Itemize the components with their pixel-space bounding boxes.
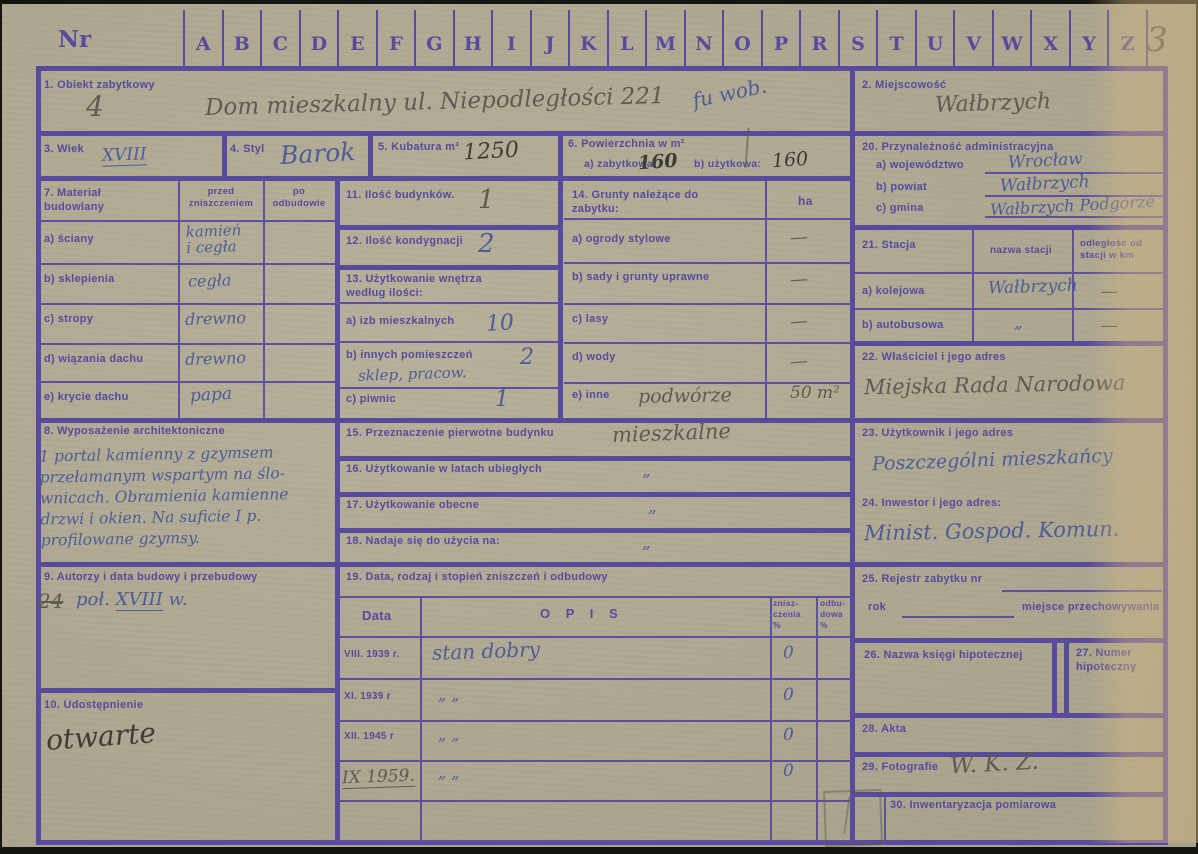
divider xyxy=(335,265,560,270)
field-7-row-c-value: drewno xyxy=(185,309,247,329)
field-13b-note: sklep, pracow. xyxy=(358,364,467,384)
divider xyxy=(564,262,852,264)
alphabet-letter-n: N xyxy=(684,10,723,67)
field-7-row-c-label: c) stropy xyxy=(44,312,93,326)
field-7-col1: przed zniszczeniem xyxy=(182,186,260,211)
divider xyxy=(335,387,560,389)
field-3-label: 3. Wiek xyxy=(44,142,84,156)
divider xyxy=(765,180,767,418)
divider xyxy=(36,562,1168,567)
alphabet-letter-f: F xyxy=(376,10,415,67)
field-7-row-a-value: kamień i cegła xyxy=(185,223,242,256)
field-21-row-b-name: „ xyxy=(1014,314,1023,333)
divider xyxy=(36,381,335,383)
field-5-value: 1250 xyxy=(462,139,519,166)
alphabet-letter-a: A xyxy=(183,10,222,67)
divider xyxy=(36,303,335,305)
field-28-label: 28. Akta xyxy=(862,722,906,736)
field-14-row-b-label: b) sady i grunty uprawne xyxy=(572,270,709,284)
field-6b-label: b) użytkowa: xyxy=(694,158,761,172)
divider xyxy=(340,800,851,802)
divider xyxy=(335,528,855,533)
field-13b-value: 2 xyxy=(520,346,534,370)
alphabet-letter-p: P xyxy=(761,10,800,67)
divider xyxy=(1052,638,1057,713)
field-9-crossed: 24 xyxy=(38,590,63,612)
divider xyxy=(263,180,265,418)
divider xyxy=(855,225,1168,230)
divider xyxy=(178,180,180,418)
field-6-label: 6. Powierzchnia w m² xyxy=(568,137,685,151)
field-16-label: 16. Użytkowanie w latach ubiegłych xyxy=(346,462,542,476)
pencil-box-mark xyxy=(823,789,883,847)
field-22-value: Miejska Rada Narodowa xyxy=(864,372,1126,400)
field-22-label: 22. Właściciel i jego adres xyxy=(862,350,1006,364)
divider xyxy=(855,272,1168,274)
alphabet-letter-s: S xyxy=(838,10,877,67)
divider xyxy=(850,66,855,845)
divider xyxy=(855,713,1168,718)
alphabet-letter-e: E xyxy=(337,10,376,67)
divider xyxy=(855,341,1168,346)
field-24-value: Minist. Gospod. Komun. xyxy=(864,518,1120,546)
field-20-row-b-label: b) powiat xyxy=(876,180,927,194)
field-9-part2: XVIII xyxy=(116,589,163,611)
field-7-label: 7. Materiał budowlany xyxy=(44,186,104,215)
field-7-row-d-label: d) wiązania dachu xyxy=(44,352,143,366)
alphabet-letter-j: J xyxy=(530,10,569,67)
divider xyxy=(770,596,772,840)
divider xyxy=(340,678,851,680)
field-19-row-2-opis: „ „ xyxy=(438,686,460,704)
field-19-row-2-zn: 0 xyxy=(783,686,794,705)
field-19-row-2-date: XI. 1939 r xyxy=(344,690,391,703)
field-7-row-e-value: papa xyxy=(190,385,233,406)
field-19-row-3-date: XII. 1945 r xyxy=(344,730,394,743)
field-15-label: 15. Przeznaczenie pierwotne budynku xyxy=(346,426,554,440)
field-7-row-e-label: e) krycie dachu xyxy=(44,390,129,404)
field-13c-value: 1 xyxy=(495,388,509,412)
field-8-label: 8. Wyposażenie architektoniczne xyxy=(44,424,225,438)
field-14-unit: ha xyxy=(798,194,813,210)
field-21-row-a-name: Wałbrzych xyxy=(988,276,1078,298)
divider xyxy=(36,220,335,222)
alphabet-annotation: 3 xyxy=(1146,22,1168,59)
field-4-value: Barok xyxy=(279,138,356,169)
divider xyxy=(855,638,1168,643)
divider xyxy=(340,636,851,638)
field-16-value: „ xyxy=(642,462,651,481)
field-9-label: 9. Autorzy i data budowy i przebudowy xyxy=(44,570,258,584)
alphabet-letter-g: G xyxy=(414,10,453,67)
field-12-label: 12. Ilość kondygnacji xyxy=(346,234,463,248)
field-19-col-zn: znisz- czenia % xyxy=(773,598,801,631)
field-7-col2: po odbudowie xyxy=(266,186,332,211)
field-14-row-e-label: e) inne xyxy=(572,388,610,402)
field-19-row-1-zn: 0 xyxy=(783,644,794,663)
divider xyxy=(36,343,335,345)
divider xyxy=(36,418,1168,423)
alphabet-letter-u: U xyxy=(915,10,954,67)
field-19-label: 19. Data, rodzaj i stopień zniszczeń i o… xyxy=(346,570,608,584)
field-14-row-d-label: d) wody xyxy=(572,350,616,364)
field-21-row-b-dist: — xyxy=(1100,316,1118,336)
field-21-row-a-label: a) kolejowa xyxy=(862,284,925,298)
nr-label: Nr xyxy=(58,26,91,53)
field-24-label: 24. Inwestor i jego adres: xyxy=(862,496,1001,510)
field-8-text: 1 portal kamienny z gzymsem przełamanym … xyxy=(39,441,333,551)
field-29-value: W. K. Z. xyxy=(949,750,1039,780)
alphabet-letter-t: T xyxy=(876,10,915,67)
field-20-row-c-label: c) gmina xyxy=(876,201,924,215)
field-14-row-e-note: podwórze xyxy=(638,385,732,408)
field-19-row-3-zn: 0 xyxy=(783,726,794,745)
divider xyxy=(335,456,855,461)
field-19-col-opis: O P I S xyxy=(540,606,624,623)
alphabet-letter-v: V xyxy=(953,10,992,67)
field-26-label: 26. Nazwa księgi hipotecznej xyxy=(864,648,1023,662)
field-14-row-b-value: — xyxy=(789,269,808,290)
alphabet-letter-m: M xyxy=(645,10,684,67)
divider xyxy=(902,616,1014,618)
field-10-label: 10. Udostępnienie xyxy=(44,698,143,712)
field-9-part1: poł. xyxy=(76,589,110,610)
alphabet-letter-d: D xyxy=(299,10,338,67)
field-17-label: 17. Użytkowanie obecne xyxy=(346,498,479,512)
divider xyxy=(335,302,560,304)
field-21-col2: odległość od stacji w km xyxy=(1080,238,1142,263)
field-18-label: 18. Nadaje się do użycia na: xyxy=(346,534,500,548)
field-12-value: 2 xyxy=(478,230,495,259)
field-23-label: 23. Użytkownik i jego adres xyxy=(862,426,1013,440)
divider xyxy=(564,303,852,305)
divider xyxy=(368,131,373,176)
alphabet-letter-b: B xyxy=(222,10,261,67)
alphabet-letter-i: I xyxy=(491,10,530,67)
divider xyxy=(36,131,1168,136)
field-14-label: 14. Grunty należące do zabytku: xyxy=(572,188,698,217)
field-14-row-a-label: a) ogrody stylowe xyxy=(572,232,671,246)
divider xyxy=(335,341,560,343)
field-19-row-1-date: VIII. 1939 r. xyxy=(344,648,400,661)
field-2-label: 2. Miejscowość xyxy=(862,78,946,92)
alphabet-letter-z: Z xyxy=(1107,10,1146,67)
field-25-miejsce-label: miejsce przechowywania xyxy=(1022,600,1159,614)
field-4-label: 4. Styl xyxy=(230,142,265,156)
alphabet-letter-l: L xyxy=(607,10,646,67)
divider xyxy=(335,492,855,497)
divider xyxy=(816,596,818,840)
divider xyxy=(340,840,851,842)
field-11-label: 11. Ilość budynków. xyxy=(346,188,455,202)
field-15-value: mieszkalne xyxy=(612,420,732,447)
divider xyxy=(558,131,563,418)
divider xyxy=(855,308,1168,310)
alphabet-letter-x: X xyxy=(1030,10,1069,67)
divider xyxy=(855,792,1168,797)
field-14-row-d-value: — xyxy=(789,351,808,372)
field-7-row-d-value: drewno xyxy=(185,349,247,369)
field-13a-value: 10 xyxy=(485,311,514,337)
field-21-row-a-dist: — xyxy=(1100,282,1118,302)
field-20-row-a-value: Wrocław xyxy=(1008,150,1084,173)
divider xyxy=(36,688,335,693)
field-19-row-4-opis: „ „ xyxy=(438,764,460,782)
alphabet-row: ABCDEFGHIJKLMNOPRSTUVWXYZ xyxy=(183,10,1148,67)
field-14-row-c-label: c) lasy xyxy=(572,312,608,326)
divider xyxy=(420,596,422,840)
divider xyxy=(335,225,560,230)
divider xyxy=(1002,590,1162,592)
divider xyxy=(36,176,855,181)
alphabet-letter-c: C xyxy=(260,10,299,67)
field-19-col-od: odbu- dowa % xyxy=(820,598,845,631)
alphabet-letter-k: K xyxy=(568,10,607,67)
field-21-col1: nazwa stacji xyxy=(990,244,1052,257)
field-11-value: 1 xyxy=(478,186,495,215)
field-30-label: 30. Inwentaryzacja pomiarowa xyxy=(890,798,1056,812)
field-19-row-1-opis: stan dobry xyxy=(432,638,541,664)
field-6a-value: 160 xyxy=(637,151,678,175)
divider xyxy=(340,760,851,762)
field-3-value: XVIII xyxy=(102,145,147,166)
field-7-row-a-label: a) ściany xyxy=(44,232,94,246)
field-29-label: 29. Fotografie xyxy=(862,760,938,774)
divider xyxy=(1064,638,1069,713)
divider xyxy=(36,263,335,265)
field-7-row-b-label: b) sklepienia xyxy=(44,272,115,286)
alphabet-letter-y: Y xyxy=(1069,10,1108,67)
field-19-row-4-date: IX 1959. xyxy=(342,767,416,789)
alphabet-letter-o: O xyxy=(722,10,761,67)
field-6b-value: 160 xyxy=(771,149,809,172)
field-21-label: 21. Stacja xyxy=(862,238,916,252)
divider xyxy=(335,176,340,845)
field-5-label: 5. Kubatura m³ xyxy=(378,140,459,154)
field-1-nr-value: 4 xyxy=(86,92,104,123)
field-9-value: poł. XVIII w. xyxy=(76,590,188,610)
field-20-row-a-label: a) województwo xyxy=(876,158,964,172)
field-14-row-a-value: — xyxy=(789,227,808,248)
field-14-row-c-value: — xyxy=(789,311,808,332)
divider xyxy=(222,131,227,176)
field-19-col-date: Data xyxy=(362,608,391,625)
field-7-row-b-value: cegła xyxy=(188,271,232,290)
field-27-label: 27. Numer hipoteczny xyxy=(1076,646,1136,675)
divider xyxy=(972,228,974,341)
divider xyxy=(884,796,886,845)
field-19-row-3-opis: „ „ xyxy=(438,726,460,744)
field-25-label: 25. Rejestr zabytku nr xyxy=(862,572,982,586)
divider xyxy=(564,218,852,220)
alphabet-letter-r: R xyxy=(799,10,838,67)
divider xyxy=(340,720,851,722)
field-13b-label: b) innych pomieszczeń xyxy=(346,348,473,362)
field-13c-label: c) piwnic xyxy=(346,392,396,406)
field-21-row-b-label: b) autobusowa xyxy=(862,318,944,332)
field-18-value: „ xyxy=(642,534,651,553)
field-14-row-e-value: 50 m² xyxy=(790,384,840,403)
field-19-row-4-zn: 0 xyxy=(783,762,794,781)
field-13-label: 13. Użytkowanie wnętrza według ilości: xyxy=(346,272,482,301)
field-13a-label: a) izb mieszkalnych xyxy=(346,314,454,328)
alphabet-letter-w: W xyxy=(992,10,1031,67)
field-25-rok-label: rok xyxy=(868,600,886,614)
divider xyxy=(564,342,852,344)
field-2-value: Wałbrzych xyxy=(935,90,1052,118)
field-9-part3: w. xyxy=(169,589,188,610)
alphabet-letter-h: H xyxy=(453,10,492,67)
field-17-value: „ xyxy=(648,498,657,517)
